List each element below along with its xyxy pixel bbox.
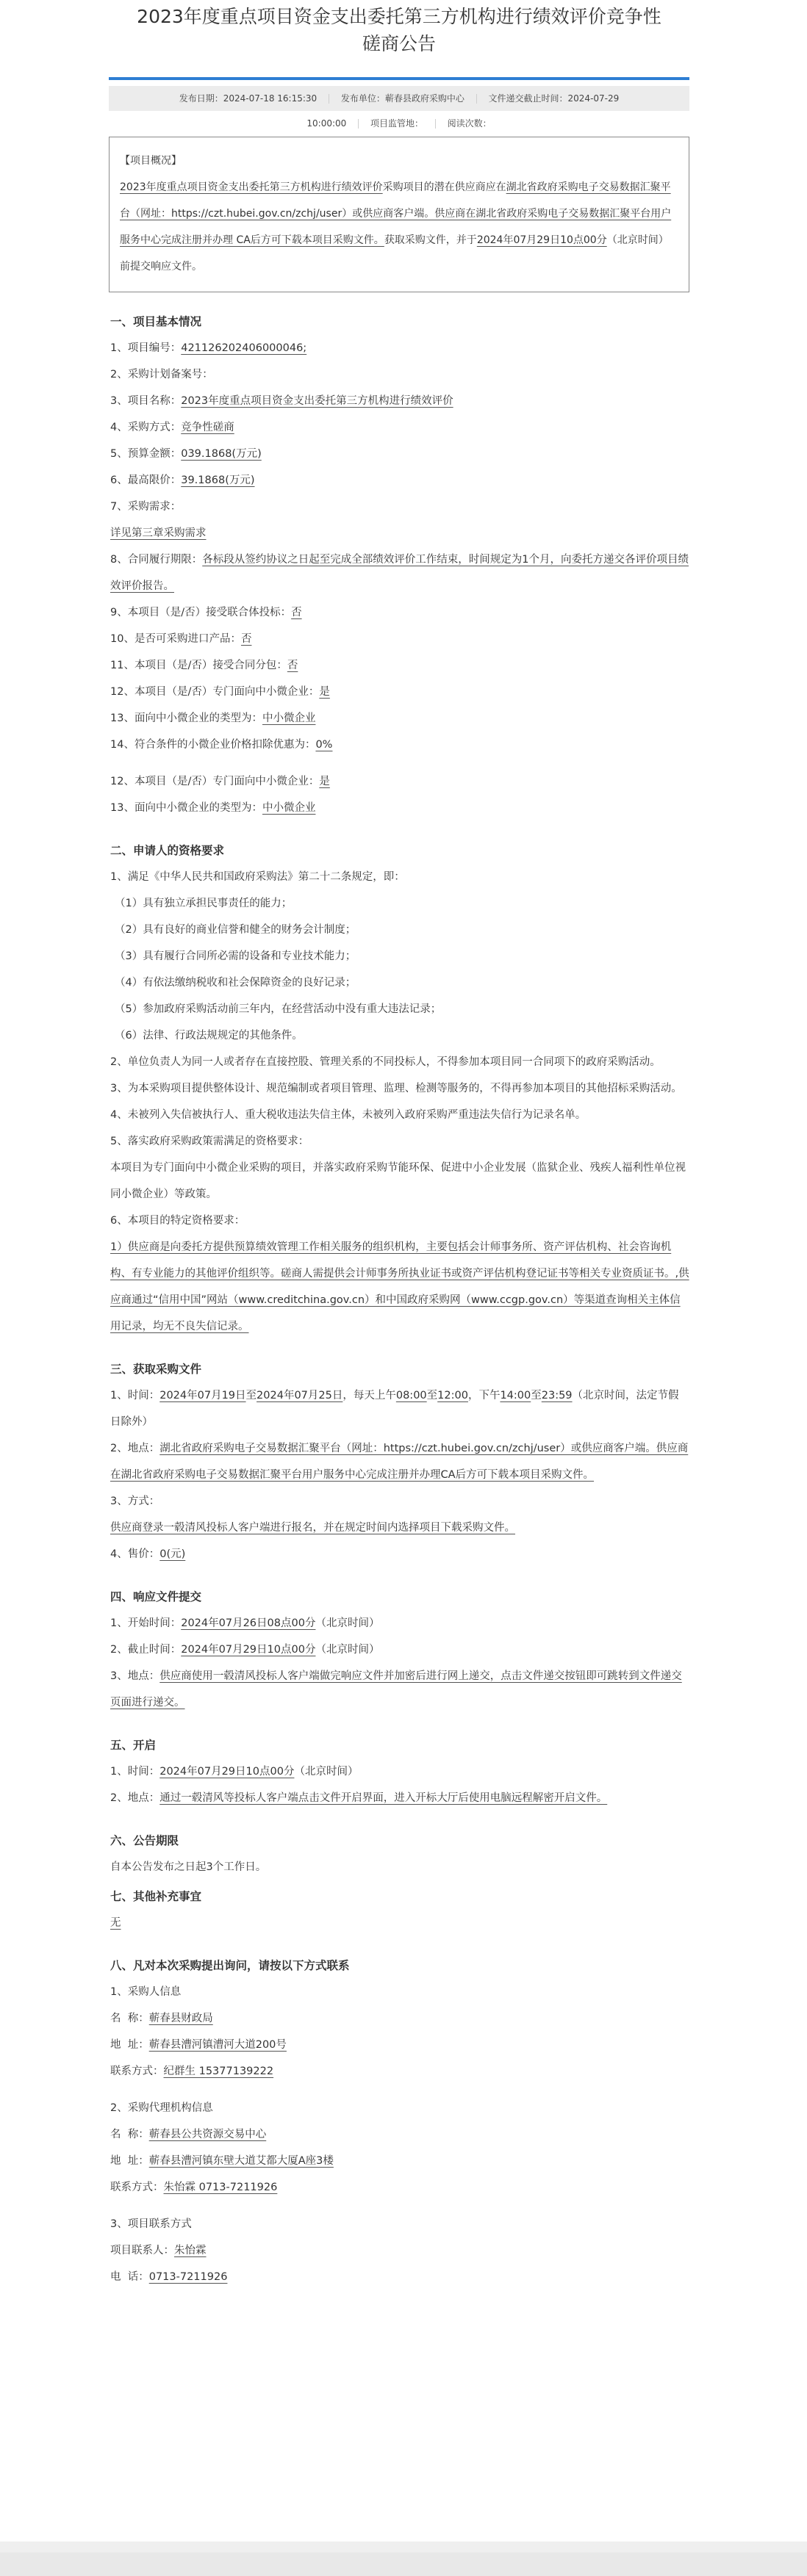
pm-text: ，下午 bbox=[468, 1390, 501, 1401]
tz-note: （北京时间） bbox=[315, 1644, 379, 1656]
page-footer bbox=[0, 2552, 807, 2576]
section-heading: 二、申请人的资格要求 bbox=[110, 837, 689, 864]
section-notice-period: 六、公告期限 自本公告发布之日起3个工作日。 bbox=[109, 1828, 689, 1880]
purchaser-contact-value: 纪群生 15377139222 bbox=[164, 2066, 274, 2077]
condition-item: （3）具有履行合同所必需的设备和专业技术能力； bbox=[110, 943, 689, 970]
publish-date-label: 发布日期： bbox=[179, 93, 223, 104]
info-label: 3、项目名称： bbox=[110, 395, 181, 407]
read-count-label: 阅读次数： bbox=[448, 118, 492, 129]
info-item: 2、采购计划备案号： bbox=[110, 361, 689, 388]
project-contact-phone: 电 话：0713-7211926 bbox=[110, 2264, 689, 2290]
info-item: 12、本项目（是/否）专门面向中小微企业：是 bbox=[110, 679, 689, 705]
info-label: 10、是否可采购进口产品： bbox=[110, 633, 241, 645]
info-label: 13、面向中小微企业的类型为： bbox=[110, 802, 262, 814]
overview-project-name: 2023年度重点项目资金支出委托第三方机构进行绩效评价 bbox=[120, 181, 383, 193]
spacer bbox=[110, 2201, 689, 2211]
price-value: 0(元) bbox=[159, 1548, 185, 1560]
subcontract: 否 bbox=[287, 660, 298, 671]
condition-item: （6）法律、行政法规规定的其他条件。 bbox=[110, 1022, 689, 1049]
consortium-bid: 否 bbox=[291, 607, 302, 618]
requirement-detail-text: 详见第三章采购需求 bbox=[110, 527, 207, 539]
condition-item: （2）具有良好的商业信誉和健全的财务会计制度； bbox=[110, 917, 689, 943]
project-contact-person: 项目联系人：朱怡霖 bbox=[110, 2237, 689, 2264]
am-end: 12:00 bbox=[437, 1390, 468, 1401]
price-deduction: 0% bbox=[315, 739, 332, 751]
tz-note: （北京时间） bbox=[315, 1617, 379, 1629]
info-label: 4、采购方式： bbox=[110, 422, 181, 433]
obtain-method-label: 3、方式： bbox=[110, 1488, 689, 1515]
spacer bbox=[110, 758, 689, 768]
qualification-intro: 1、满足《中华人民共和国政府采购法》第二十二条规定，即： bbox=[110, 864, 689, 890]
info-label: 12、本项目（是/否）专门面向中小微企业： bbox=[110, 686, 319, 698]
info-label: 7、采购需求： bbox=[110, 501, 181, 513]
section-basic-info: 一、项目基本情况 1、项目编号：421126202406000046; 2、采购… bbox=[109, 309, 689, 821]
info-label: 联系方式： bbox=[110, 2182, 164, 2193]
info-label: 地 址： bbox=[110, 2155, 149, 2167]
obtain-end-date: 2024年07月25日 bbox=[257, 1390, 342, 1401]
max-price: 39.1868(万元) bbox=[181, 475, 254, 486]
section-opening: 五、开启 1、时间：2024年07月29日10点00分（北京时间） 2、地点：通… bbox=[109, 1732, 689, 1811]
overview-heading: 【项目概况】 bbox=[120, 148, 678, 174]
title-line-1: 2023年度重点项目资金支出委托第三方机构进行绩效评价竞争性 bbox=[137, 6, 661, 27]
obtain-method: 供应商登录一毂清风投标人客户端进行报名，并在规定时间内选择项目下载采购文件。 bbox=[110, 1515, 689, 1541]
info-item: 6、最高限价：39.1868(万元) bbox=[110, 467, 689, 494]
agency-name-value: 蕲春县公共资源交易中心 bbox=[149, 2129, 267, 2140]
info-label: 8、合同履行期限： bbox=[110, 554, 202, 566]
info-item: 10、是否可采购进口产品：否 bbox=[110, 626, 689, 652]
info-label: 2、地点： bbox=[110, 1792, 159, 1804]
submit-start: 1、开始时间：2024年07月26日08点00分（北京时间） bbox=[110, 1610, 689, 1637]
info-item: 1、项目编号：421126202406000046; bbox=[110, 335, 689, 361]
info-label: 12、本项目（是/否）专门面向中小微企业： bbox=[110, 776, 319, 787]
condition-item: （5）参加政府采购活动前三年内，在经营活动中没有重大违法记录； bbox=[110, 996, 689, 1022]
other-matters-text: 无 bbox=[110, 1917, 121, 1929]
import-products: 否 bbox=[241, 633, 252, 645]
obtain-method-text: 供应商登录一毂清风投标人客户端进行报名，并在规定时间内选择项目下载采购文件。 bbox=[110, 1522, 515, 1534]
submit-place: 3、地点：供应商使用一毂清风投标人客户端做完响应文件并加密后进行网上递交，点击文… bbox=[110, 1663, 689, 1716]
info-label: 名 称： bbox=[110, 2129, 149, 2140]
info-label: 13、面向中小微企业的类型为： bbox=[110, 712, 262, 724]
to-text: 至 bbox=[427, 1390, 438, 1401]
info-item: 12、本项目（是/否）专门面向中小微企业：是 bbox=[110, 768, 689, 795]
meta-separator bbox=[435, 119, 436, 129]
obtain-time: 1、时间：2024年07月19日至2024年07月25日，每天上午08:00至1… bbox=[110, 1382, 689, 1435]
obtain-place: 2、地点：湖北省政府采购电子交易数据汇聚平台（网址：https://czt.hu… bbox=[110, 1435, 689, 1488]
publish-date: 2024-07-18 16:15:30 bbox=[223, 93, 317, 104]
info-item: 13、面向中小微企业的类型为：中小微企业 bbox=[110, 705, 689, 732]
info-label: 3、地点： bbox=[110, 1670, 159, 1682]
am-start: 08:00 bbox=[396, 1390, 427, 1401]
policy-detail: 本项目为专门面向中小微企业采购的项目，并落实政府采购节能环保、促进中小企业发展（… bbox=[110, 1155, 689, 1208]
meta-separator bbox=[329, 94, 329, 104]
purchaser-name: 名 称：蕲春县财政局 bbox=[110, 2005, 689, 2032]
info-label: 5、预算金额： bbox=[110, 448, 181, 460]
submit-end-time: 2024年07月29日10点00分 bbox=[181, 1644, 315, 1656]
obtain-place-link[interactable]: 湖北省政府采购电子交易数据汇聚平台（网址：https://czt.hubei.g… bbox=[110, 1443, 688, 1481]
info-label: 项目联系人： bbox=[110, 2245, 174, 2256]
budget-amount: 039.1868(万元) bbox=[181, 448, 262, 460]
section-qualifications: 二、申请人的资格要求 1、满足《中华人民共和国政府采购法》第二十二条规定，即： … bbox=[109, 837, 689, 1340]
opening-time-value: 2024年07月29日10点00分 bbox=[159, 1766, 294, 1778]
qualification-item: 5、落实政府采购政策需满足的资格要求： bbox=[110, 1128, 689, 1155]
agency-contact: 联系方式：朱怡霖 0713-7211926 bbox=[110, 2174, 689, 2201]
deadline-date: 2024-07-29 bbox=[568, 93, 620, 104]
project-contact-person-value: 朱怡霖 bbox=[174, 2245, 207, 2256]
project-number: 421126202406000046; bbox=[181, 342, 306, 354]
obtain-price: 4、售价：0(元) bbox=[110, 1541, 689, 1567]
info-label: 1、时间： bbox=[110, 1390, 159, 1401]
publisher-label: 发布单位： bbox=[341, 93, 385, 104]
submit-place-text: 供应商使用一毂清风投标人客户端做完响应文件并加密后进行网上递交，点击文件递交按钮… bbox=[110, 1670, 682, 1709]
section-heading: 四、响应文件提交 bbox=[110, 1584, 689, 1610]
purchaser-name-value: 蕲春县财政局 bbox=[149, 2013, 213, 2024]
qualification-item: 4、未被列入失信被执行人、重大税收违法失信主体，未被列入政府采购严重违法失信行为… bbox=[110, 1102, 689, 1128]
submit-end: 2、截止时间：2024年07月29日10点00分（北京时间） bbox=[110, 1637, 689, 1663]
info-label: 4、售价： bbox=[110, 1548, 159, 1560]
info-item: 3、项目名称：2023年度重点项目资金支出委托第三方机构进行绩效评价 bbox=[110, 388, 689, 414]
info-item: 9、本项目（是/否）接受联合体投标：否 bbox=[110, 599, 689, 626]
info-label: 2、采购计划备案号： bbox=[110, 369, 213, 380]
sme-only: 是 bbox=[319, 776, 330, 787]
qualification-item: 3、为本采购项目提供整体设计、规范编制或者项目管理、监理、检测等服务的，不得再参… bbox=[110, 1075, 689, 1102]
overview-text: 2023年度重点项目资金支出委托第三方机构进行绩效评价采购项目的潜在供应商应在湖… bbox=[120, 174, 678, 280]
agency-title: 2、采购代理机构信息 bbox=[110, 2095, 689, 2121]
deadline-label: 文件递交截止时间： bbox=[489, 93, 568, 104]
pm-end: 23:59 bbox=[542, 1390, 573, 1401]
obtain-start-date: 2024年07月19日 bbox=[159, 1390, 245, 1401]
info-label: 地 址： bbox=[110, 2039, 149, 2051]
project-contact-title: 3、项目联系方式 bbox=[110, 2211, 689, 2237]
info-item: 14、符合条件的小微企业价格扣除优惠为：0% bbox=[110, 732, 689, 758]
purchaser-address-value: 蕲春县漕河镇漕河大道200号 bbox=[149, 2039, 287, 2051]
sme-only: 是 bbox=[319, 686, 330, 698]
info-label: 联系方式： bbox=[110, 2066, 164, 2077]
deadline-time: 10:00:00 bbox=[306, 118, 346, 129]
agency-address-value: 蕲春县漕河镇东壁大道艾都大厦A座3楼 bbox=[149, 2155, 334, 2167]
submit-start-time: 2024年07月26日08点00分 bbox=[181, 1617, 315, 1629]
agency-contact-value: 朱怡霖 0713-7211926 bbox=[164, 2182, 278, 2193]
condition-item: （1）具有独立承担民事责任的能力； bbox=[110, 890, 689, 917]
meta-bar: 发布日期：2024-07-18 16:15:30 发布单位：蕲春县政府采购中心 … bbox=[109, 86, 689, 111]
meta-separator bbox=[358, 119, 359, 129]
supervision-label: 项目监管地： bbox=[370, 118, 423, 129]
requirement-detail: 详见第三章采购需求 bbox=[110, 520, 689, 546]
info-label: 9、本项目（是/否）接受联合体投标： bbox=[110, 607, 291, 618]
footer-band-top bbox=[0, 2541, 807, 2552]
pm-start: 14:00 bbox=[500, 1390, 531, 1401]
info-item: 13、面向中小微企业的类型为：中小微企业 bbox=[110, 795, 689, 821]
project-overview-box: 【项目概况】 2023年度重点项目资金支出委托第三方机构进行绩效评价采购项目的潜… bbox=[109, 137, 689, 292]
special-qualification-text: 1）供应商是向委托方提供预算绩效管理工作相关服务的组织机构，主要包括会计师事务所… bbox=[110, 1241, 689, 1332]
section-heading: 一、项目基本情况 bbox=[110, 309, 689, 335]
opening-time: 1、时间：2024年07月29日10点00分（北京时间） bbox=[110, 1758, 689, 1785]
section-heading: 六、公告期限 bbox=[110, 1828, 689, 1854]
meta-separator bbox=[476, 94, 477, 104]
info-label: 14、符合条件的小微企业价格扣除优惠为： bbox=[110, 739, 315, 751]
section-other-matters: 七、其他补充事宜 无 bbox=[109, 1883, 689, 1936]
section-obtain-docs: 三、获取采购文件 1、时间：2024年07月19日至2024年07月25日，每天… bbox=[109, 1356, 689, 1567]
section-heading: 八、凡对本次采购提出询问，请按以下方式联系 bbox=[110, 1952, 689, 1979]
info-label: 11、本项目（是/否）接受合同分包： bbox=[110, 660, 287, 671]
info-label: 1、开始时间： bbox=[110, 1617, 181, 1629]
info-item: 8、合同履行期限：各标段从签约协议之日起至完成全部绩效评价工作结束，时间规定为1… bbox=[110, 546, 689, 599]
info-label: 2、截止时间： bbox=[110, 1644, 181, 1656]
spacer bbox=[110, 2085, 689, 2095]
page-title: 2023年度重点项目资金支出委托第三方机构进行绩效评价竞争性 磋商公告 bbox=[109, 0, 689, 57]
purchaser-address: 地 址：蕲春县漕河镇漕河大道200号 bbox=[110, 2032, 689, 2058]
overview-deadline: 2024年07月29日10点00分 bbox=[477, 234, 607, 246]
other-matters: 无 bbox=[110, 1910, 689, 1936]
opening-place: 2、地点：通过一毂清风等投标人客户端点击文件开启界面，进入开标大厅后使用电脑远程… bbox=[110, 1785, 689, 1811]
publisher: 蕲春县政府采购中心 bbox=[385, 93, 465, 104]
project-contact-phone-value: 0713-7211926 bbox=[149, 2271, 228, 2283]
sme-type: 中小微企业 bbox=[262, 712, 316, 724]
tz-note: （北京时间） bbox=[294, 1766, 358, 1778]
title-line-2: 磋商公告 bbox=[362, 33, 436, 54]
daily-text: ，每天上午 bbox=[342, 1390, 396, 1401]
section-heading: 五、开启 bbox=[110, 1732, 689, 1758]
agency-name: 名 称：蕲春县公共资源交易中心 bbox=[110, 2121, 689, 2148]
section-submission: 四、响应文件提交 1、开始时间：2024年07月26日08点00分（北京时间） … bbox=[109, 1584, 689, 1716]
info-label: 名 称： bbox=[110, 2013, 149, 2024]
overview-text-4: 获取采购文件，并于 bbox=[384, 234, 477, 246]
to-text: 至 bbox=[531, 1390, 542, 1401]
to-text: 至 bbox=[246, 1390, 257, 1401]
qualification-item: 2、单位负责人为同一人或者存在直接控股、管理关系的不同投标人，不得参加本项目同一… bbox=[110, 1049, 689, 1075]
condition-item: （4）有依法缴纳税收和社会保障资金的良好记录； bbox=[110, 970, 689, 996]
special-qualification: 1）供应商是向委托方提供预算绩效管理工作相关服务的组织机构，主要包括会计师事务所… bbox=[110, 1234, 689, 1340]
sme-type: 中小微企业 bbox=[262, 802, 316, 814]
info-label: 电 话： bbox=[110, 2271, 149, 2283]
project-name: 2023年度重点项目资金支出委托第三方机构进行绩效评价 bbox=[181, 395, 453, 407]
info-label: 1、项目编号： bbox=[110, 342, 181, 354]
meta-row-2: 10:00:00 项目监管地： 阅读次数： bbox=[109, 111, 689, 136]
qualification-item: 6、本项目的特定资格要求： bbox=[110, 1208, 689, 1234]
procurement-method: 竞争性磋商 bbox=[181, 422, 234, 433]
info-label: 1、时间： bbox=[110, 1766, 159, 1778]
info-item: 7、采购需求： bbox=[110, 494, 689, 520]
info-item: 5、预算金额：039.1868(万元) bbox=[110, 441, 689, 467]
title-divider bbox=[109, 77, 689, 80]
info-label: 6、最高限价： bbox=[110, 475, 181, 486]
notice-period-text: 自本公告发布之日起3个工作日。 bbox=[110, 1854, 689, 1880]
section-heading: 七、其他补充事宜 bbox=[110, 1883, 689, 1910]
overview-text-2: 采购项目的潜在供应商应在 bbox=[383, 181, 506, 193]
purchaser-title: 1、采购人信息 bbox=[110, 1979, 689, 2005]
info-item: 4、采购方式：竞争性磋商 bbox=[110, 414, 689, 441]
section-contacts: 八、凡对本次采购提出询问，请按以下方式联系 1、采购人信息 名 称：蕲春县财政局… bbox=[109, 1952, 689, 2290]
info-label: 2、地点： bbox=[110, 1443, 159, 1454]
section-heading: 三、获取采购文件 bbox=[110, 1356, 689, 1382]
announcement-page: 2023年度重点项目资金支出委托第三方机构进行绩效评价竞争性 磋商公告 发布日期… bbox=[109, 0, 689, 2290]
info-item: 11、本项目（是/否）接受合同分包：否 bbox=[110, 652, 689, 679]
opening-place-text: 通过一毂清风等投标人客户端点击文件开启界面，进入开标大厅后使用电脑远程解密开启文… bbox=[159, 1792, 607, 1804]
agency-address: 地 址：蕲春县漕河镇东壁大道艾都大厦A座3楼 bbox=[110, 2148, 689, 2174]
purchaser-contact: 联系方式：纪群生 15377139222 bbox=[110, 2058, 689, 2085]
